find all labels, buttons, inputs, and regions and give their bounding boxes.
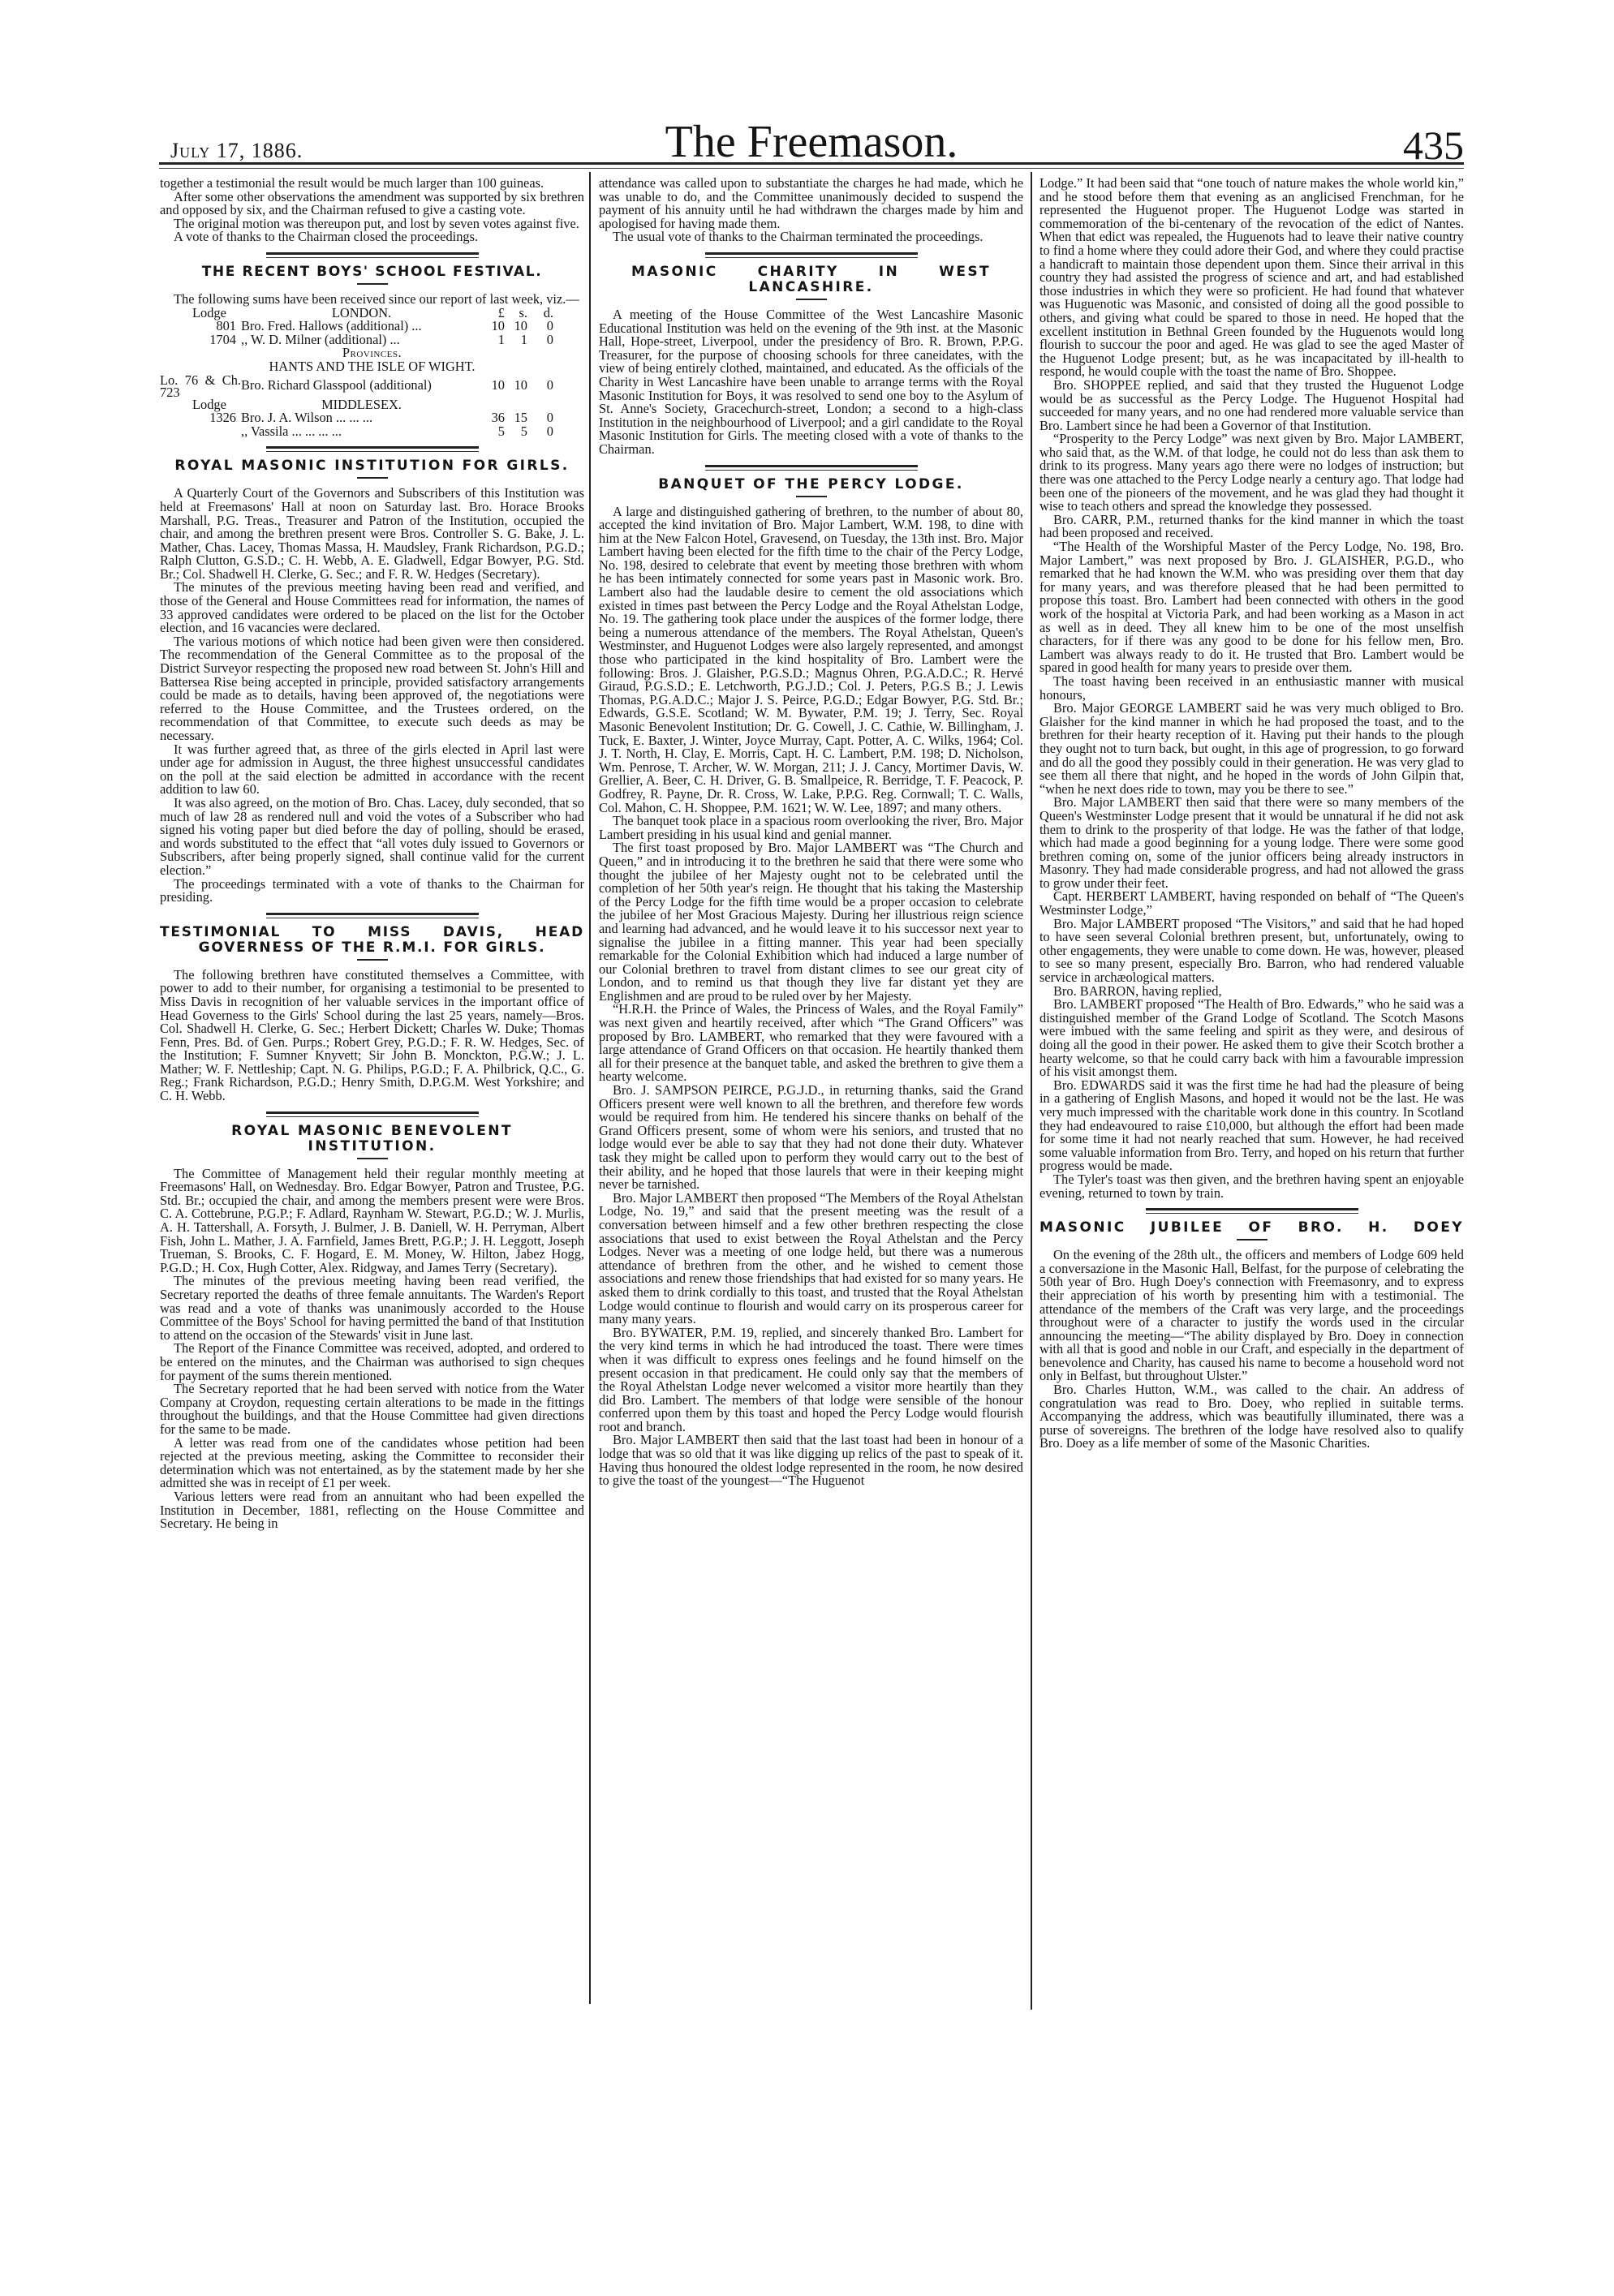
paragraph: Various letters were read from an annuit… <box>160 1490 584 1531</box>
paragraph: Bro. SHOPPEE replied, and said that they… <box>1039 379 1464 432</box>
paragraph: The Secretary reported that he had been … <box>160 1382 584 1436</box>
paragraph: On the evening of the 28th ult., the off… <box>1039 1249 1464 1383</box>
article-heading: THE RECENT BOYS' SCHOOL FESTIVAL. <box>160 264 584 280</box>
table-cell: 1704 <box>160 333 241 347</box>
article-heading: MASONIC CHARITY IN WEST LANCASHIRE. <box>599 264 1023 295</box>
masthead-rule-thin <box>159 168 1464 169</box>
table-cell: Bro. Richard Glasspool (additional) <box>241 374 482 398</box>
section-rule <box>266 252 479 258</box>
paragraph: attendance was called upon to substantia… <box>599 177 1023 230</box>
article-heading: ROYAL MASONIC INSTITUTION FOR GIRLS. <box>160 458 584 474</box>
paragraph: Bro. LAMBERT proposed “The Health of Bro… <box>1039 998 1464 1079</box>
masthead: July 17, 1886. The Freemason. 435 <box>159 118 1464 165</box>
section-rule <box>266 913 479 918</box>
table-cell <box>160 425 241 439</box>
heading-underline <box>796 299 827 300</box>
paragraph: A vote of thanks to the Chairman closed … <box>160 230 584 244</box>
paragraph: After some other observations the amendm… <box>160 191 584 217</box>
paragraph: The minutes of the previous meeting havi… <box>160 1275 584 1342</box>
table-cell: 5 <box>505 425 527 439</box>
article-heading: TESTIMONIAL TO MISS DAVIS, HEAD GOVERNES… <box>160 925 584 956</box>
table-cell: 0 <box>527 425 584 439</box>
paragraph: A letter was read from one of the candid… <box>160 1437 584 1490</box>
article-heading: BANQUET OF THE PERCY LODGE. <box>599 477 1023 492</box>
paragraph: Bro. Major LAMBERT then proposed “The Me… <box>599 1192 1023 1326</box>
column-1: together a testimonial the result would … <box>160 177 584 1531</box>
table-cell: d. <box>527 307 584 320</box>
paragraph: The various motions of which notice had … <box>160 635 584 743</box>
table-cell: 1326 <box>160 411 241 425</box>
table-row: Lo. 76 & Ch. 723 Bro. Richard Glasspool … <box>160 374 584 398</box>
paragraph: Bro. EDWARDS said it was the first time … <box>1039 1079 1464 1173</box>
page-number: 435 <box>1403 123 1464 168</box>
table-cell: 1 <box>505 333 527 347</box>
article-heading: MASONIC JUBILEE OF BRO. H. DOEY <box>1039 1220 1464 1236</box>
table-cell: 10 <box>482 374 505 398</box>
section-rule <box>705 252 918 258</box>
newspaper-title: The Freemason. <box>159 118 1464 166</box>
heading-underline <box>796 496 827 497</box>
paragraph: The following brethren have constituted … <box>160 969 584 1103</box>
paragraph: A Quarterly Court of the Governors and S… <box>160 487 584 581</box>
heading-underline <box>357 477 388 479</box>
donations-table: Lodge LONDON. £ s. d. 801 Bro. Fred. Hal… <box>160 307 584 439</box>
section-rule <box>266 446 479 452</box>
article-heading: ROYAL MASONIC BENEVOLENT INSTITUTION. <box>160 1124 584 1154</box>
paragraph: The Committee of Management held their r… <box>160 1167 584 1275</box>
paragraph: The banquet took place in a spacious roo… <box>599 815 1023 841</box>
paragraph: Bro. Major LAMBERT proposed “The Visitor… <box>1039 918 1464 985</box>
column-2: attendance was called upon to substantia… <box>599 177 1023 1488</box>
paragraph: Capt. HERBERT LAMBERT, having responded … <box>1039 890 1464 917</box>
heading-underline <box>357 1158 388 1159</box>
paragraph: Bro. CARR, P.M., returned thanks for the… <box>1039 514 1464 540</box>
column-divider <box>589 172 591 2004</box>
heading-underline <box>357 959 388 961</box>
table-cell: Lo. 76 & Ch. 723 <box>160 374 241 398</box>
paragraph: The Report of the Finance Committee was … <box>160 1342 584 1382</box>
paragraph: “The Health of the Worshipful Master of … <box>1039 540 1464 675</box>
table-cell: 5 <box>482 425 505 439</box>
paragraph: Bro. J. SAMPSON PEIRCE, P.G.J.D., in ret… <box>599 1084 1023 1192</box>
table-row: ,, Vassila ... ... ... ... 5 5 0 <box>160 425 584 439</box>
table-cell: ,, Vassila ... ... ... ... <box>241 425 482 439</box>
paragraph: “Prosperity to the Percy Lodge” was next… <box>1039 432 1464 514</box>
paragraph: The Tyler's toast was then given, and th… <box>1039 1173 1464 1200</box>
paragraph: A large and distinguished gathering of b… <box>599 505 1023 815</box>
paragraph: Lodge.” It had been said that “one touch… <box>1039 177 1464 379</box>
paragraph: Bro. Major LAMBERT then said that the la… <box>599 1434 1023 1487</box>
column-3: Lodge.” It had been said that “one touch… <box>1039 177 1464 1451</box>
heading-underline <box>1237 1239 1268 1240</box>
paragraph: Bro. Major LAMBERT then said that there … <box>1039 796 1464 890</box>
table-cell: 1 <box>482 333 505 347</box>
masthead-rule <box>159 162 1464 165</box>
paragraph: “H.R.H. the Prince of Wales, the Princes… <box>599 1003 1023 1084</box>
column-divider <box>1031 172 1032 2010</box>
paragraph: Bro. Charles Hutton, W.M., was called to… <box>1039 1383 1464 1451</box>
table-cell: 0 <box>527 333 584 347</box>
heading-underline <box>357 283 388 285</box>
table-cell: 0 <box>527 320 584 333</box>
table-cell: 0 <box>527 411 584 425</box>
section-rule <box>1146 1208 1358 1214</box>
paragraph: Bro. Major GEORGE LAMBERT said he was ve… <box>1039 702 1464 796</box>
paragraph: The first toast proposed by Bro. Major L… <box>599 841 1023 1003</box>
table-cell: 0 <box>527 374 584 398</box>
paragraph: The minutes of the previous meeting havi… <box>160 581 584 634</box>
paragraph: It was further agreed that, as three of … <box>160 743 584 797</box>
section-rule <box>705 465 918 471</box>
paragraph: Bro. BYWATER, P.M. 19, replied, and sinc… <box>599 1326 1023 1434</box>
section-rule <box>266 1111 479 1117</box>
paragraph: It was also agreed, on the motion of Bro… <box>160 797 584 878</box>
paragraph: A meeting of the House Committee of the … <box>599 308 1023 457</box>
table-cell: 10 <box>505 374 527 398</box>
paragraph: The toast having been received in an ent… <box>1039 675 1464 702</box>
paragraph: The proceedings terminated with a vote o… <box>160 878 584 905</box>
paragraph: The usual vote of thanks to the Chairman… <box>599 230 1023 244</box>
